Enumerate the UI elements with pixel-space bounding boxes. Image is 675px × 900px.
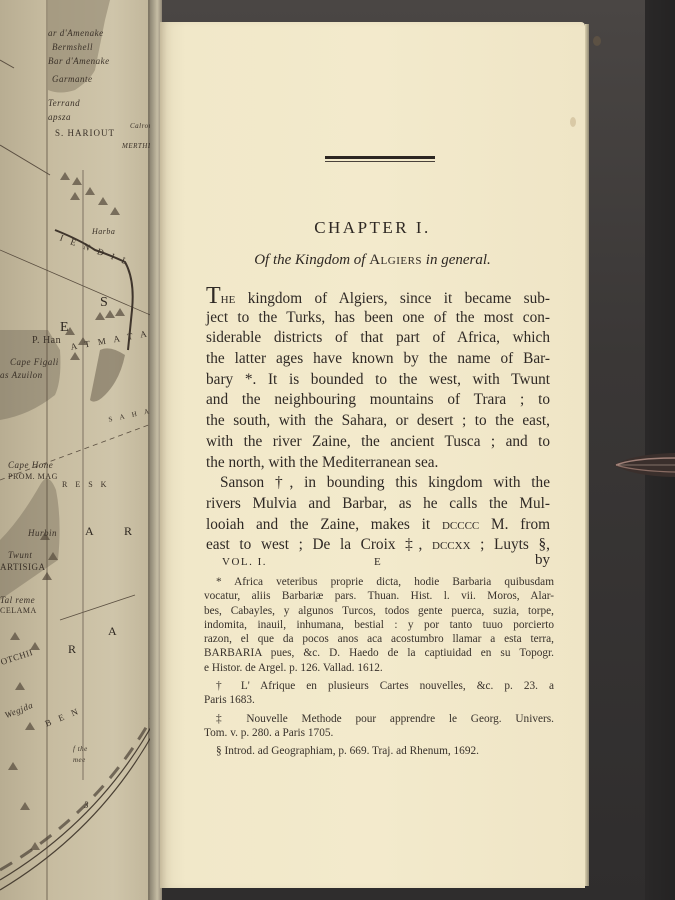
map-label: Twunt (8, 550, 32, 560)
subtitle-pre: Of the Kingdom of (254, 252, 369, 268)
map-label: Tal reme (0, 595, 35, 605)
text-line: siderable districts of that part of Afri… (206, 328, 550, 349)
text-line: the north, with the Mediterranean sea. (206, 453, 550, 474)
text-line: and the neighbouring mountains of Trara … (206, 390, 550, 411)
text-line: rivers Mulvia and Barbar, as he calls th… (206, 494, 550, 515)
map-label: E (60, 320, 77, 336)
map-label: PROM. MAG (8, 472, 58, 481)
text-line: The kingdom of Algiers, since it became … (206, 287, 550, 308)
folded-map-leaf: ar d'Amenake Bermshell Bar d'Amenake Gar… (0, 0, 162, 900)
map-label: CELAMA (0, 606, 37, 615)
foxing-spot (593, 36, 601, 46)
map-label: Cape Figali (10, 357, 59, 367)
body-text: The kingdom of Algiers, since it became … (206, 287, 550, 556)
subtitle-place: Algiers (369, 252, 422, 268)
text-line: with the river Zaine, the ancient Tusca … (206, 432, 550, 453)
pen-tip-icon (612, 450, 675, 480)
text-line: Sanson †, in bounding this kingdom with … (206, 473, 550, 494)
page-edge (585, 24, 589, 886)
map-label: Hurbin (28, 528, 57, 538)
text-line: ject to the Turks, has been one of the m… (206, 308, 550, 329)
signature-mark: E (374, 556, 381, 568)
map-label: P. Han (32, 335, 61, 346)
footnote-section: § Introd. ad Geographiam, p. 669. Traj. … (204, 744, 554, 758)
map-label: S. HARIOUT (55, 128, 115, 138)
map-label: S (100, 295, 116, 311)
footnote-double-dagger: ‡ Nouvelle Methode pour apprendre le Geo… (204, 712, 554, 741)
text-line: looiah and the Zaine, makes it dcccc M. … (206, 515, 550, 536)
text-line: the latter ages have known by the name o… (206, 349, 550, 370)
map-label: apsza (48, 112, 71, 122)
map-label: Garmante (52, 74, 93, 84)
text-line: the south, with the Sahara, or desert ; … (206, 411, 550, 432)
footnote-asterisk: * Africa veteribus proprie dicta, hodie … (204, 575, 554, 675)
chapter-heading: CHAPTER I. (160, 218, 585, 238)
footnotes: * Africa veteribus proprie dicta, hodie … (204, 575, 554, 763)
map-label: Cape Hone (8, 460, 53, 470)
map-label: as Azuilon (0, 370, 43, 380)
volume-marker: VOL. I. (222, 556, 267, 568)
drop-cap: T (206, 283, 221, 309)
catchword: by (535, 552, 550, 569)
subtitle-post: in general. (422, 252, 491, 268)
map-label: Harba (92, 227, 115, 236)
text-line: bary *. It is bounded to the west, with … (206, 370, 550, 391)
map-label: R (68, 642, 84, 657)
signature-line: VOL. I. E by (206, 552, 550, 572)
map-label: ARTISIGA (0, 562, 45, 572)
chapter-subtitle: Of the Kingdom of Algiers in general. (160, 252, 585, 269)
map-label: 3 (84, 800, 89, 810)
ornamental-rule (325, 156, 435, 159)
foxing-spot (570, 117, 576, 127)
map-label: mee (73, 756, 86, 764)
map-label: Bar d'Amenake (48, 56, 110, 66)
map-label: f the (73, 745, 88, 753)
map-label: ar d'Amenake (48, 28, 104, 38)
ornamental-rule-thin (325, 161, 435, 162)
footnote-dagger: † L' Afrique en plusieurs Cartes nouvell… (204, 679, 554, 708)
map-label: Bermshell (52, 42, 93, 52)
map-label: Terrand (48, 98, 80, 108)
map-label: A (108, 624, 125, 639)
map-label: R E S K (62, 480, 109, 489)
map-fold-crease (46, 0, 48, 900)
